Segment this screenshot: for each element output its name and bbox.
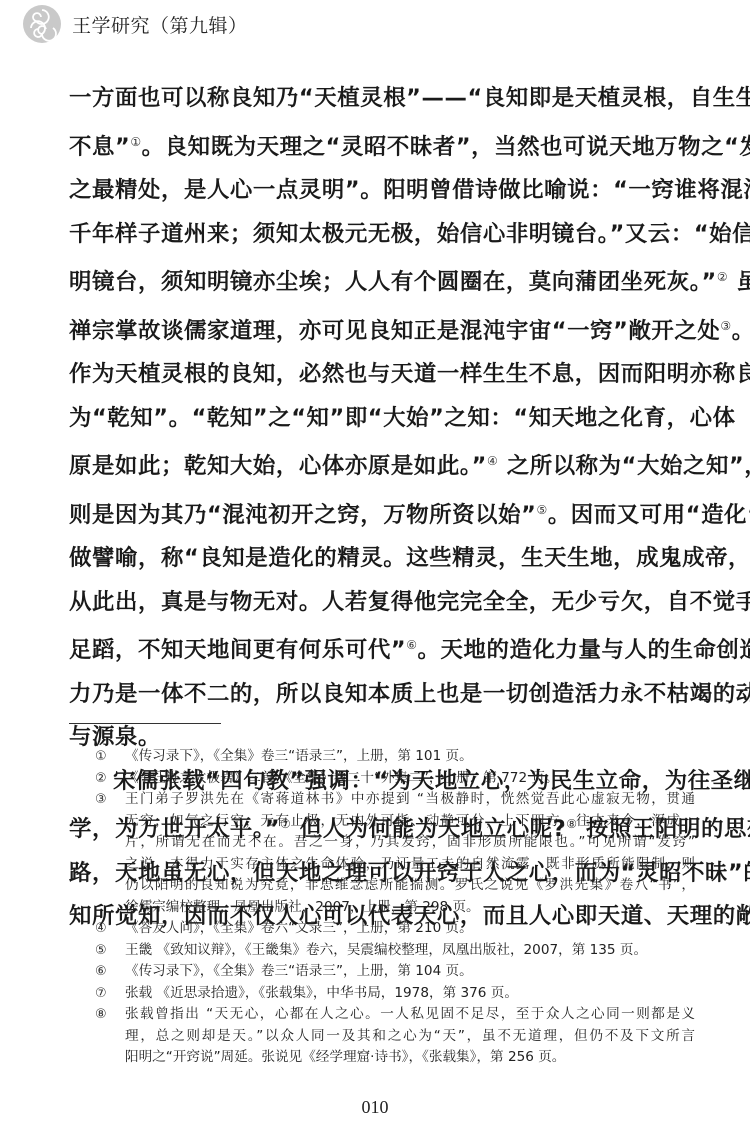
footnote-item: ⑦ 张载 《近思录拾遗》，《张载集》，中华书局，1978，第 376 页。 xyxy=(95,983,695,1005)
text-line: 足蹈，不知天地间更有何乐可代”⑥。天地的造化力量与人的生命创造活 xyxy=(69,624,685,673)
cloud-swirl-emblem-icon xyxy=(22,4,62,44)
text-line: 为“乾知”。“乾知”之“知”即“大始”之知：“知天地之化育，心体 xyxy=(69,397,685,441)
footnote-number: ⑤ xyxy=(95,940,107,962)
footnote-item: ② 《书汪进之太极岩》二首 《全集》卷二十“外集二”，上册，第 772 页。 xyxy=(95,768,695,790)
footnote-item: ① 《传习录下》，《全集》卷三“语录三”，上册，第 101 页。 xyxy=(95,746,695,768)
text-line: 明镜台，须知明镜亦尘埃；人人有个圆圈在，莫向蒲团坐死灰。”② 虽是借 xyxy=(69,256,685,305)
footnote-ref[interactable]: ④ xyxy=(487,454,498,468)
text-line: 从此出，真是与物无对。人若复得他完完全全，无少亏欠，自不觉手舞 xyxy=(69,581,685,625)
footnote-ref[interactable]: ⑤ xyxy=(536,503,547,517)
text-line: 之最精处，是人心一点灵明”。阳明曾借诗做比喻说：“一窍谁将混沌开? xyxy=(69,169,685,213)
footnote-ref[interactable]: ① xyxy=(130,135,141,149)
footnote-number: ⑦ xyxy=(95,983,107,1005)
footnote-number: ⑧ xyxy=(95,1004,107,1026)
text-line: 作为天植灵根的良知，必然也与天道一样生生不息，因而阳明亦称良知 xyxy=(69,353,685,397)
footnote-divider xyxy=(69,723,221,724)
text-line: 力乃是一体不二的，所以良知本质上也是一切创造活力永不枯竭的动力 xyxy=(69,673,685,717)
footnote-number: ① xyxy=(95,746,107,768)
footnote-number: ③ xyxy=(95,789,107,811)
footnote-number: ② xyxy=(95,768,107,790)
text-line: 一方面也可以称良知乃“天植灵根”——“良知即是天植灵根，自生生 xyxy=(69,77,685,121)
footnote-number: ④ xyxy=(95,918,107,940)
text-line: 做譬喻，称“良知是造化的精灵。这些精灵，生天生地，成鬼成帝，皆 xyxy=(69,537,685,581)
footnote-ref[interactable]: ⑥ xyxy=(406,638,417,652)
page-number: 010 xyxy=(0,1097,750,1118)
footnote-item: ③ 王门弟子罗洪先在《寄蒋道林书》中亦提到 “当极静时，恍然觉吾此心虚寂无物，贯… xyxy=(95,789,695,918)
text-line: 禅宗掌故谈儒家道理，亦可见良知正是混沌宇宙“一窍”敞开之处③。而 xyxy=(69,305,685,354)
footnote-item: ⑤ 王畿 《致知议辩》，《王畿集》卷六，吴震编校整理，凤凰出版社，2007，第 … xyxy=(95,940,695,962)
footnote-item: ⑧ 张载曾指出 “天无心，心都在人之心。一人私见固不足尽，至于众人之心同一则都是… xyxy=(95,1004,695,1069)
journal-title: 王学研究（第九辑） xyxy=(72,11,248,38)
running-header: 王学研究（第九辑） xyxy=(22,4,248,44)
footnote-item: ④ 《答友人问》，《全集》卷六“文录三”，上册，第 210 页。 xyxy=(95,918,695,940)
text-line: 则是因为其乃“混沌初开之窍，万物所资以始”⑤。因而又可用“造化” xyxy=(69,489,685,538)
footnote-item: ⑥ 《传习录下》，《全集》卷三“语录三”，上册，第 104 页。 xyxy=(95,961,695,983)
footnote-number: ⑥ xyxy=(95,961,107,983)
footnotes: ① 《传习录下》，《全集》卷三“语录三”，上册，第 101 页。 ② 《书汪进之… xyxy=(95,746,695,1069)
text-line: 千年样子道州来；须知太极元无极，始信心非明镜台。”又云：“始信心非 xyxy=(69,213,685,257)
footnote-ref[interactable]: ③ xyxy=(720,319,731,333)
footnote-ref[interactable]: ② xyxy=(717,270,728,284)
text-line: 原是如此；乾知大始，心体亦原是如此。”④ 之所以称为“大始之知”， xyxy=(69,440,685,489)
text-line: 不息”①。良知既为天理之“灵昭不昧者”，当然也可说天地万物之“发窍 xyxy=(69,121,685,170)
